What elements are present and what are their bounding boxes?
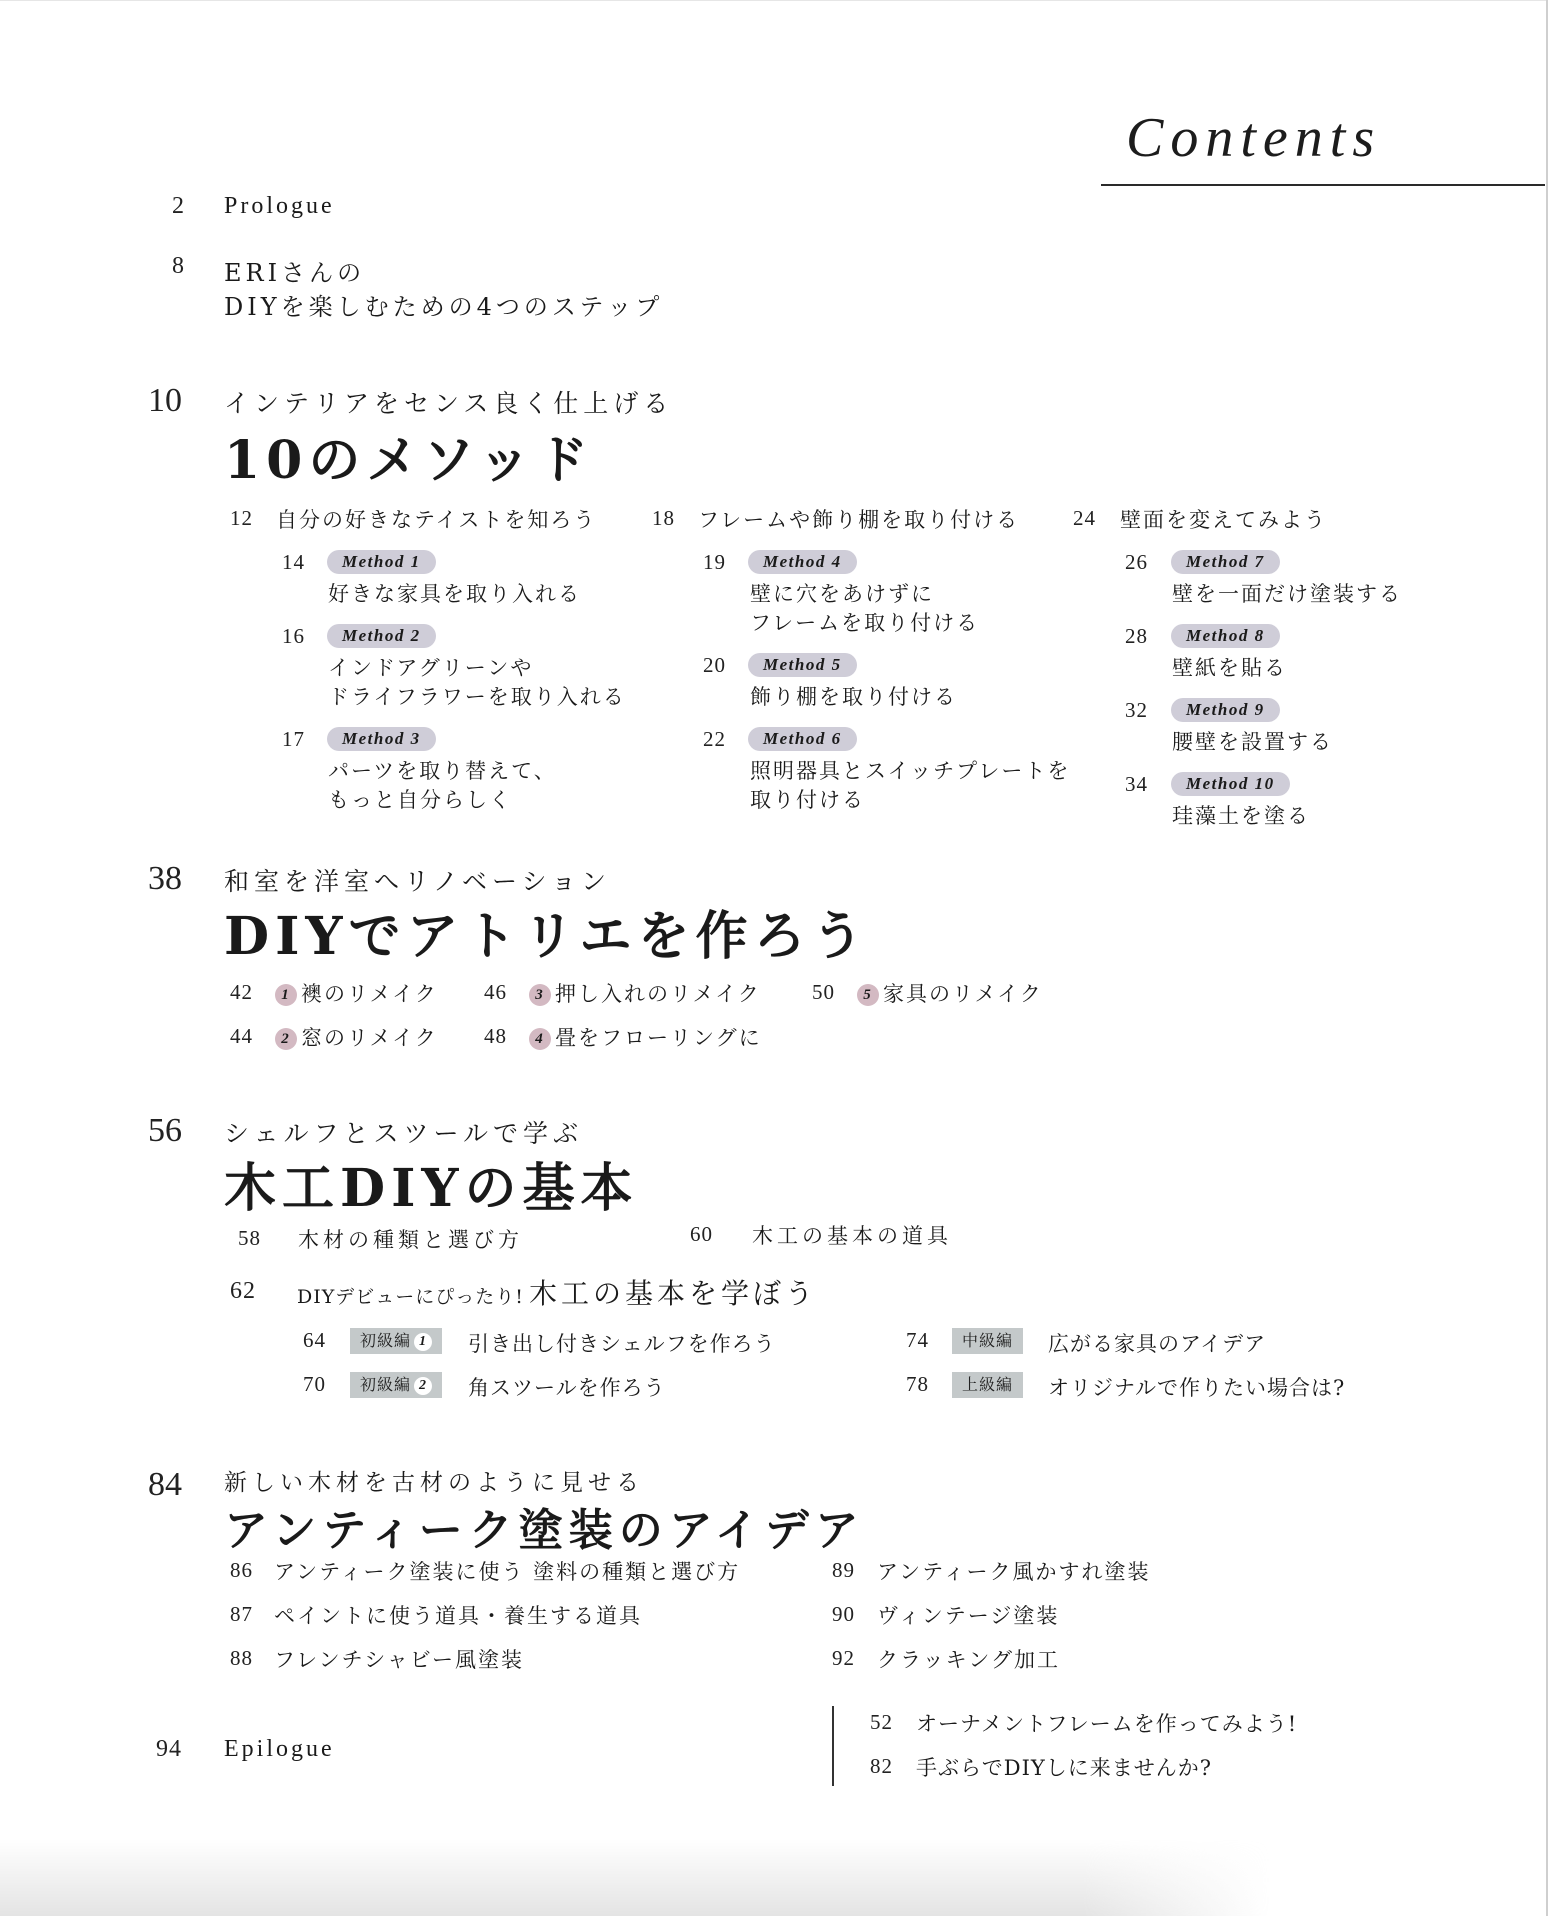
method-title[interactable]: 好きな家具を取り入れる <box>328 578 581 608</box>
method-badge: Method 8 <box>1171 624 1280 648</box>
project-title[interactable]: 広がる家具のアイデア <box>1048 1328 1266 1358</box>
group-page: 24 <box>1073 506 1096 531</box>
project-page: 70 <box>303 1372 326 1397</box>
atelier-item[interactable]: 5家具のリメイク <box>857 978 1043 1008</box>
woodwork-sub-entry[interactable]: DIYデビューにぴったり! 木工の基本を学ぼう <box>297 1272 817 1312</box>
section-kicker-antique: 新しい木材を古材のように見せる <box>224 1464 644 1497</box>
method-title[interactable]: 照明器具とスイッチプレートを <box>750 755 1070 785</box>
method-title[interactable]: インドアグリーンや <box>328 652 533 682</box>
level-label: 初級編 <box>360 1375 411 1394</box>
group-page: 12 <box>230 506 253 531</box>
item-page: 42 <box>230 980 253 1005</box>
item-page: 46 <box>484 980 507 1005</box>
item-page: 62 <box>230 1278 256 1305</box>
sub-prefix: DIYデビューにぴったり! <box>297 1286 524 1308</box>
section-page-woodwork: 56 <box>148 1112 182 1150</box>
woodwork-item[interactable]: 木工の基本の道具 <box>752 1220 952 1250</box>
item-label: 襖のリメイク <box>301 982 438 1006</box>
method-badge: Method 9 <box>1171 698 1280 722</box>
column-page: 82 <box>870 1754 893 1779</box>
number-badge: 1 <box>275 984 297 1006</box>
section-kicker-atelier: 和室を洋室へリノベーション <box>224 862 611 898</box>
section-kicker-woodwork: シェルフとスツールで学ぶ <box>224 1114 583 1150</box>
antique-item[interactable]: アンティーク塗装に使う 塗料の種類と選び方 <box>274 1556 740 1586</box>
number-badge: 4 <box>529 1028 551 1050</box>
project-page: 74 <box>906 1328 929 1353</box>
section-heading-antique[interactable]: アンティーク塗装のアイデア <box>224 1494 865 1558</box>
section-page-antique: 84 <box>148 1466 182 1504</box>
column-entry[interactable]: 手ぶらでDIYしに来ませんか? <box>916 1752 1212 1782</box>
group-page: 18 <box>652 506 675 531</box>
method-page: 34 <box>1125 772 1148 797</box>
method-title[interactable]: 取り付ける <box>750 784 865 814</box>
atelier-item[interactable]: 1襖のリメイク <box>275 978 438 1008</box>
method-title[interactable]: 壁紙を貼る <box>1172 652 1287 682</box>
level-number: 2 <box>414 1377 432 1395</box>
method-badge: Method 10 <box>1171 772 1290 796</box>
number-badge: 2 <box>275 1028 297 1050</box>
level-label: 初級編 <box>360 1331 411 1350</box>
method-page: 17 <box>282 727 305 752</box>
method-badge: Method 2 <box>327 624 436 648</box>
group-label[interactable]: 自分の好きなテイストを知ろう <box>276 504 596 534</box>
project-page: 64 <box>303 1328 326 1353</box>
method-badge: Method 7 <box>1171 550 1280 574</box>
method-page: 28 <box>1125 624 1148 649</box>
method-title[interactable]: 壁を一面だけ塗装する <box>1172 578 1402 608</box>
method-page: 16 <box>282 624 305 649</box>
item-page: 87 <box>230 1602 253 1627</box>
level-number: 1 <box>414 1333 432 1351</box>
toc-entry-steps-line2[interactable]: DIYを楽しむための4つのステップ <box>224 287 663 322</box>
method-badge: Method 4 <box>748 550 857 574</box>
method-title[interactable]: 珪藻土を塗る <box>1172 800 1310 830</box>
method-badge: Method 5 <box>748 653 857 677</box>
section-page-methods: 10 <box>148 382 182 420</box>
column-entry[interactable]: オーナメントフレームを作ってみよう! <box>916 1708 1297 1738</box>
item-label: 押し入れのリメイク <box>555 982 761 1006</box>
woodwork-item[interactable]: 木材の種類と選び方 <box>298 1224 523 1254</box>
method-title[interactable]: 飾り棚を取り付ける <box>750 681 957 711</box>
method-page: 19 <box>703 550 726 575</box>
item-page: 92 <box>832 1646 855 1671</box>
method-badge: Method 1 <box>327 550 436 574</box>
method-title[interactable]: 腰壁を設置する <box>1172 726 1333 756</box>
item-page: 58 <box>238 1226 261 1251</box>
section-kicker-methods: インテリアをセンス良く仕上げる <box>224 384 673 420</box>
sub-label: 木工の基本を学ぼう <box>529 1277 817 1310</box>
page-bottom-shadow <box>0 1840 1548 1916</box>
atelier-item[interactable]: 2窓のリメイク <box>275 1022 438 1052</box>
item-page: 60 <box>690 1222 713 1247</box>
item-page: 89 <box>832 1558 855 1583</box>
level-badge: 上級編 <box>952 1372 1023 1398</box>
antique-item[interactable]: アンティーク風かすれ塗装 <box>877 1556 1150 1586</box>
section-heading-methods[interactable]: 10のメソッド <box>224 418 594 493</box>
level-badge: 初級編2 <box>350 1372 442 1398</box>
toc-page-epilogue: 94 <box>156 1736 182 1763</box>
toc-entry-prologue[interactable]: Prologue <box>224 193 335 220</box>
group-label[interactable]: フレームや飾り棚を取り付ける <box>698 504 1019 534</box>
column-page: 52 <box>870 1710 893 1735</box>
item-page: 50 <box>812 980 835 1005</box>
project-title[interactable]: 角スツールを作ろう <box>468 1372 666 1402</box>
column-divider <box>832 1706 834 1786</box>
group-label[interactable]: 壁面を変えてみよう <box>1120 504 1327 534</box>
atelier-item[interactable]: 3押し入れのリメイク <box>529 978 761 1008</box>
item-label: 家具のリメイク <box>883 982 1043 1006</box>
level-badge: 中級編 <box>952 1328 1023 1354</box>
page-title: Contents <box>1126 106 1381 170</box>
level-badge: 初級編1 <box>350 1328 442 1354</box>
toc-entry-steps-line1[interactable]: ERIさんの <box>224 253 365 288</box>
number-badge: 5 <box>857 984 879 1006</box>
item-page: 48 <box>484 1024 507 1049</box>
toc-entry-epilogue[interactable]: Epilogue <box>224 1736 335 1763</box>
antique-item[interactable]: クラッキング加工 <box>877 1644 1060 1674</box>
section-page-atelier: 38 <box>148 860 182 898</box>
method-title[interactable]: 壁に穴をあけずに <box>750 578 934 608</box>
antique-item[interactable]: ヴィンテージ塗装 <box>877 1600 1059 1630</box>
item-page: 86 <box>230 1558 253 1583</box>
item-label: 畳をフローリングに <box>555 1026 762 1050</box>
item-page: 90 <box>832 1602 855 1627</box>
antique-item[interactable]: フレンチシャビー風塗装 <box>274 1644 524 1674</box>
antique-item[interactable]: ペイントに使う道具・養生する道具 <box>274 1600 642 1630</box>
method-page: 32 <box>1125 698 1148 723</box>
item-page: 88 <box>230 1646 253 1671</box>
section-heading-atelier[interactable]: DIYでアトリエを作ろう <box>224 894 870 969</box>
method-page: 26 <box>1125 550 1148 575</box>
method-badge: Method 6 <box>748 727 857 751</box>
method-page: 14 <box>282 550 305 575</box>
method-badge: Method 3 <box>327 727 436 751</box>
item-label: 窓のリメイク <box>301 1026 438 1050</box>
atelier-item[interactable]: 4畳をフローリングに <box>529 1022 762 1052</box>
method-title[interactable]: もっと自分らしく <box>328 784 512 814</box>
number-badge: 3 <box>529 984 551 1006</box>
method-title[interactable]: パーツを取り替えて、 <box>328 755 557 785</box>
page-edge-top <box>0 0 1548 1</box>
method-title[interactable]: フレームを取り付ける <box>750 607 979 637</box>
project-title[interactable]: オリジナルで作りたい場合は? <box>1048 1372 1345 1402</box>
toc-page-prologue: 2 <box>172 193 185 220</box>
project-page: 78 <box>906 1372 929 1397</box>
title-underline <box>1101 184 1545 186</box>
toc-page-steps: 8 <box>172 253 185 280</box>
method-page: 22 <box>703 727 726 752</box>
project-title[interactable]: 引き出し付きシェルフを作ろう <box>468 1328 776 1358</box>
method-page: 20 <box>703 653 726 678</box>
item-page: 44 <box>230 1024 253 1049</box>
section-heading-woodwork[interactable]: 木工DIYの基本 <box>224 1146 639 1221</box>
method-title[interactable]: ドライフラワーを取り入れる <box>328 681 626 711</box>
